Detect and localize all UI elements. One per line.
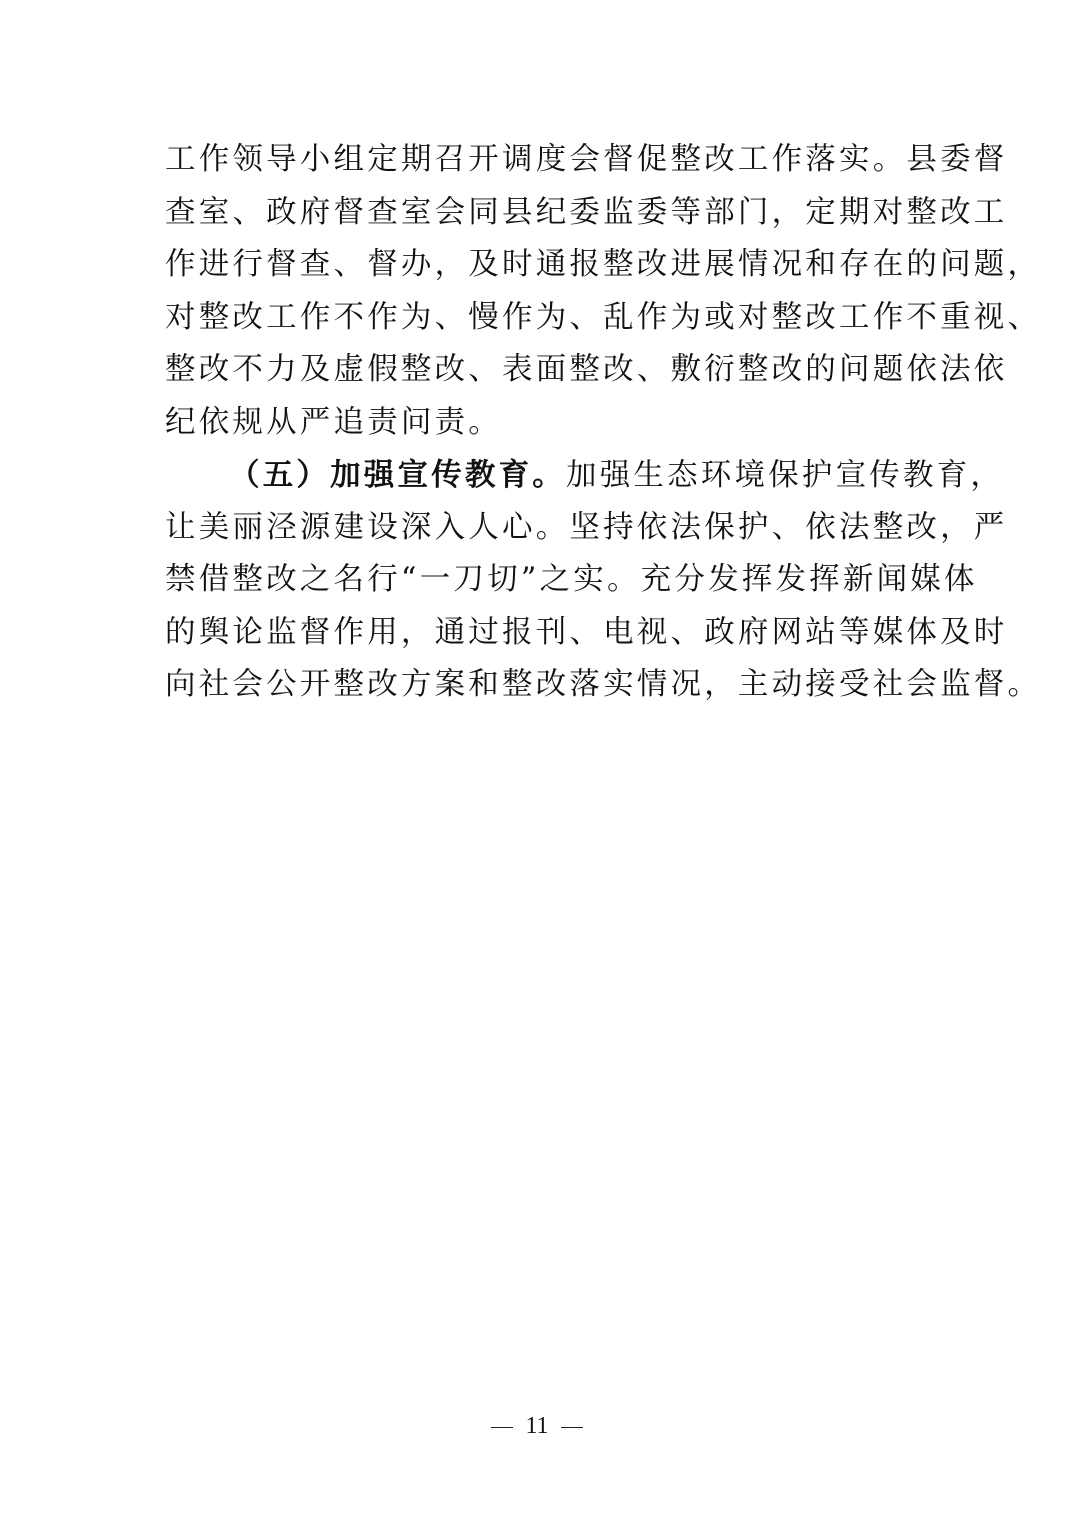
page-footer: 11 bbox=[0, 1408, 1074, 1444]
text-line: 查室、政府督查室会同县纪委监委等部门，定期对整改工 bbox=[165, 187, 945, 240]
text-line: 让美丽泾源建设深入人心。坚持依法保护、依法整改，严 bbox=[165, 502, 945, 555]
document-body: 工作领导小组定期召开调度会督促整改工作落实。县委督 查室、政府督查室会同县纪委监… bbox=[165, 134, 945, 712]
dash-right-decoration bbox=[561, 1427, 583, 1429]
text-line: 对整改工作不作为、慢作为、乱作为或对整改工作不重视、 bbox=[165, 292, 945, 345]
document-page: 工作领导小组定期召开调度会督促整改工作落实。县委督 查室、政府督查室会同县纪委监… bbox=[0, 0, 1074, 1520]
paragraph-publicity-education: （五）加强宣传教育。加强生态环境保护宣传教育， 让美丽泾源建设深入人心。坚持依法… bbox=[165, 449, 945, 712]
text-line: 工作领导小组定期召开调度会督促整改工作落实。县委督 bbox=[165, 134, 945, 187]
paragraph-supervision: 工作领导小组定期召开调度会督促整改工作落实。县委督 查室、政府督查室会同县纪委监… bbox=[165, 134, 945, 449]
text-line: 整改不力及虚假整改、表面整改、敷衍整改的问题依法依 bbox=[165, 344, 945, 397]
text-line-first: （五）加强宣传教育。加强生态环境保护宣传教育， bbox=[165, 449, 945, 502]
text-line: 向社会公开整改方案和整改落实情况，主动接受社会监督。 bbox=[165, 659, 945, 712]
text-line: 禁借整改之名行“一刀切”之实。充分发挥发挥新闻媒体 bbox=[165, 554, 945, 607]
text-line: 的舆论监督作用，通过报刊、电视、政府网站等媒体及时 bbox=[165, 607, 945, 660]
dash-left-decoration bbox=[491, 1427, 513, 1429]
heading-followup-text: 加强生态环境保护宣传教育， bbox=[566, 458, 1004, 493]
page-number: 11 bbox=[525, 1413, 548, 1439]
text-line: 作进行督查、督办，及时通报整改进展情况和存在的问题， bbox=[165, 239, 945, 292]
text-line: 纪依规从严追责问责。 bbox=[165, 397, 945, 450]
section-heading: （五）加强宣传教育。 bbox=[229, 457, 566, 493]
